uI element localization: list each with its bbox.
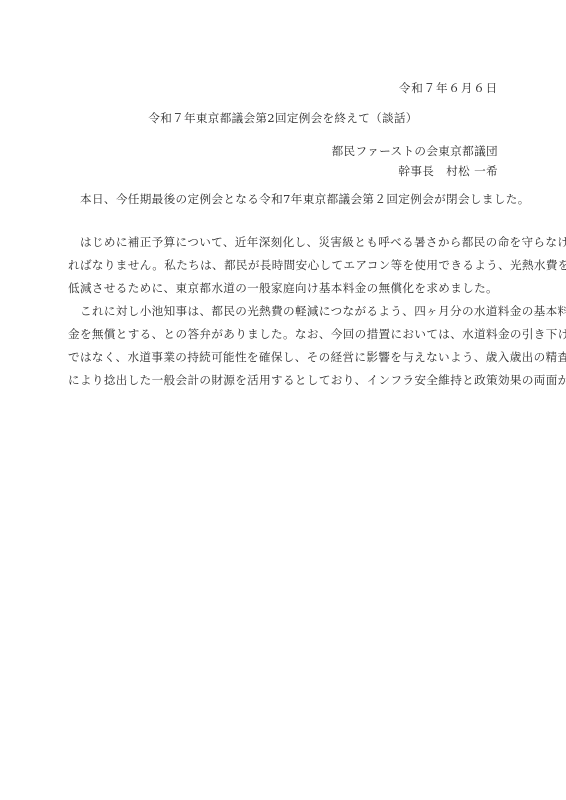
document-title: 令和７年東京都議会第2回定例会を終えて（談話）	[0, 110, 566, 126]
document-date: 令和７年６月６日	[399, 80, 498, 96]
paragraph-line: 金を無償とする、との答弁がありました。なお、今回の措置においては、水道料金の引き…	[68, 326, 500, 342]
organization-name: 都民ファーストの会東京都議団	[332, 143, 498, 159]
paragraph-line: ればなりません。私たちは、都民が長時間安心してエアコン等を使用できるよう、光熱水…	[68, 257, 500, 273]
paragraph-line: はじめに補正予算について、近年深刻化し、災害級とも呼べる暑さから都民の命を守らな…	[80, 234, 512, 250]
paragraph-line: ではなく、水道事業の持続可能性を確保し、その経営に影響を与えないよう、歳入歳出の…	[68, 349, 500, 365]
signatory: 幹事長 村松 一希	[398, 163, 498, 179]
paragraph-line: これに対し小池知事は、都民の光熱費の軽減につながるよう、四ヶ月分の水道料金の基本…	[80, 303, 512, 319]
document-page: 令和７年６月６日 令和７年東京都議会第2回定例会を終えて（談話） 都民ファースト…	[0, 0, 566, 800]
paragraph-line: 低減させるために、東京都水道の一般家庭向け基本料金の無償化を求めました。	[68, 280, 500, 296]
paragraph-line: 本日、今任期最後の定例会となる令和7年東京都議会第２回定例会が閉会しました。	[80, 191, 512, 207]
paragraph-line: により捻出した一般会計の財源を活用するとしており、インフラ安全維持と政策効果の両…	[68, 372, 500, 388]
